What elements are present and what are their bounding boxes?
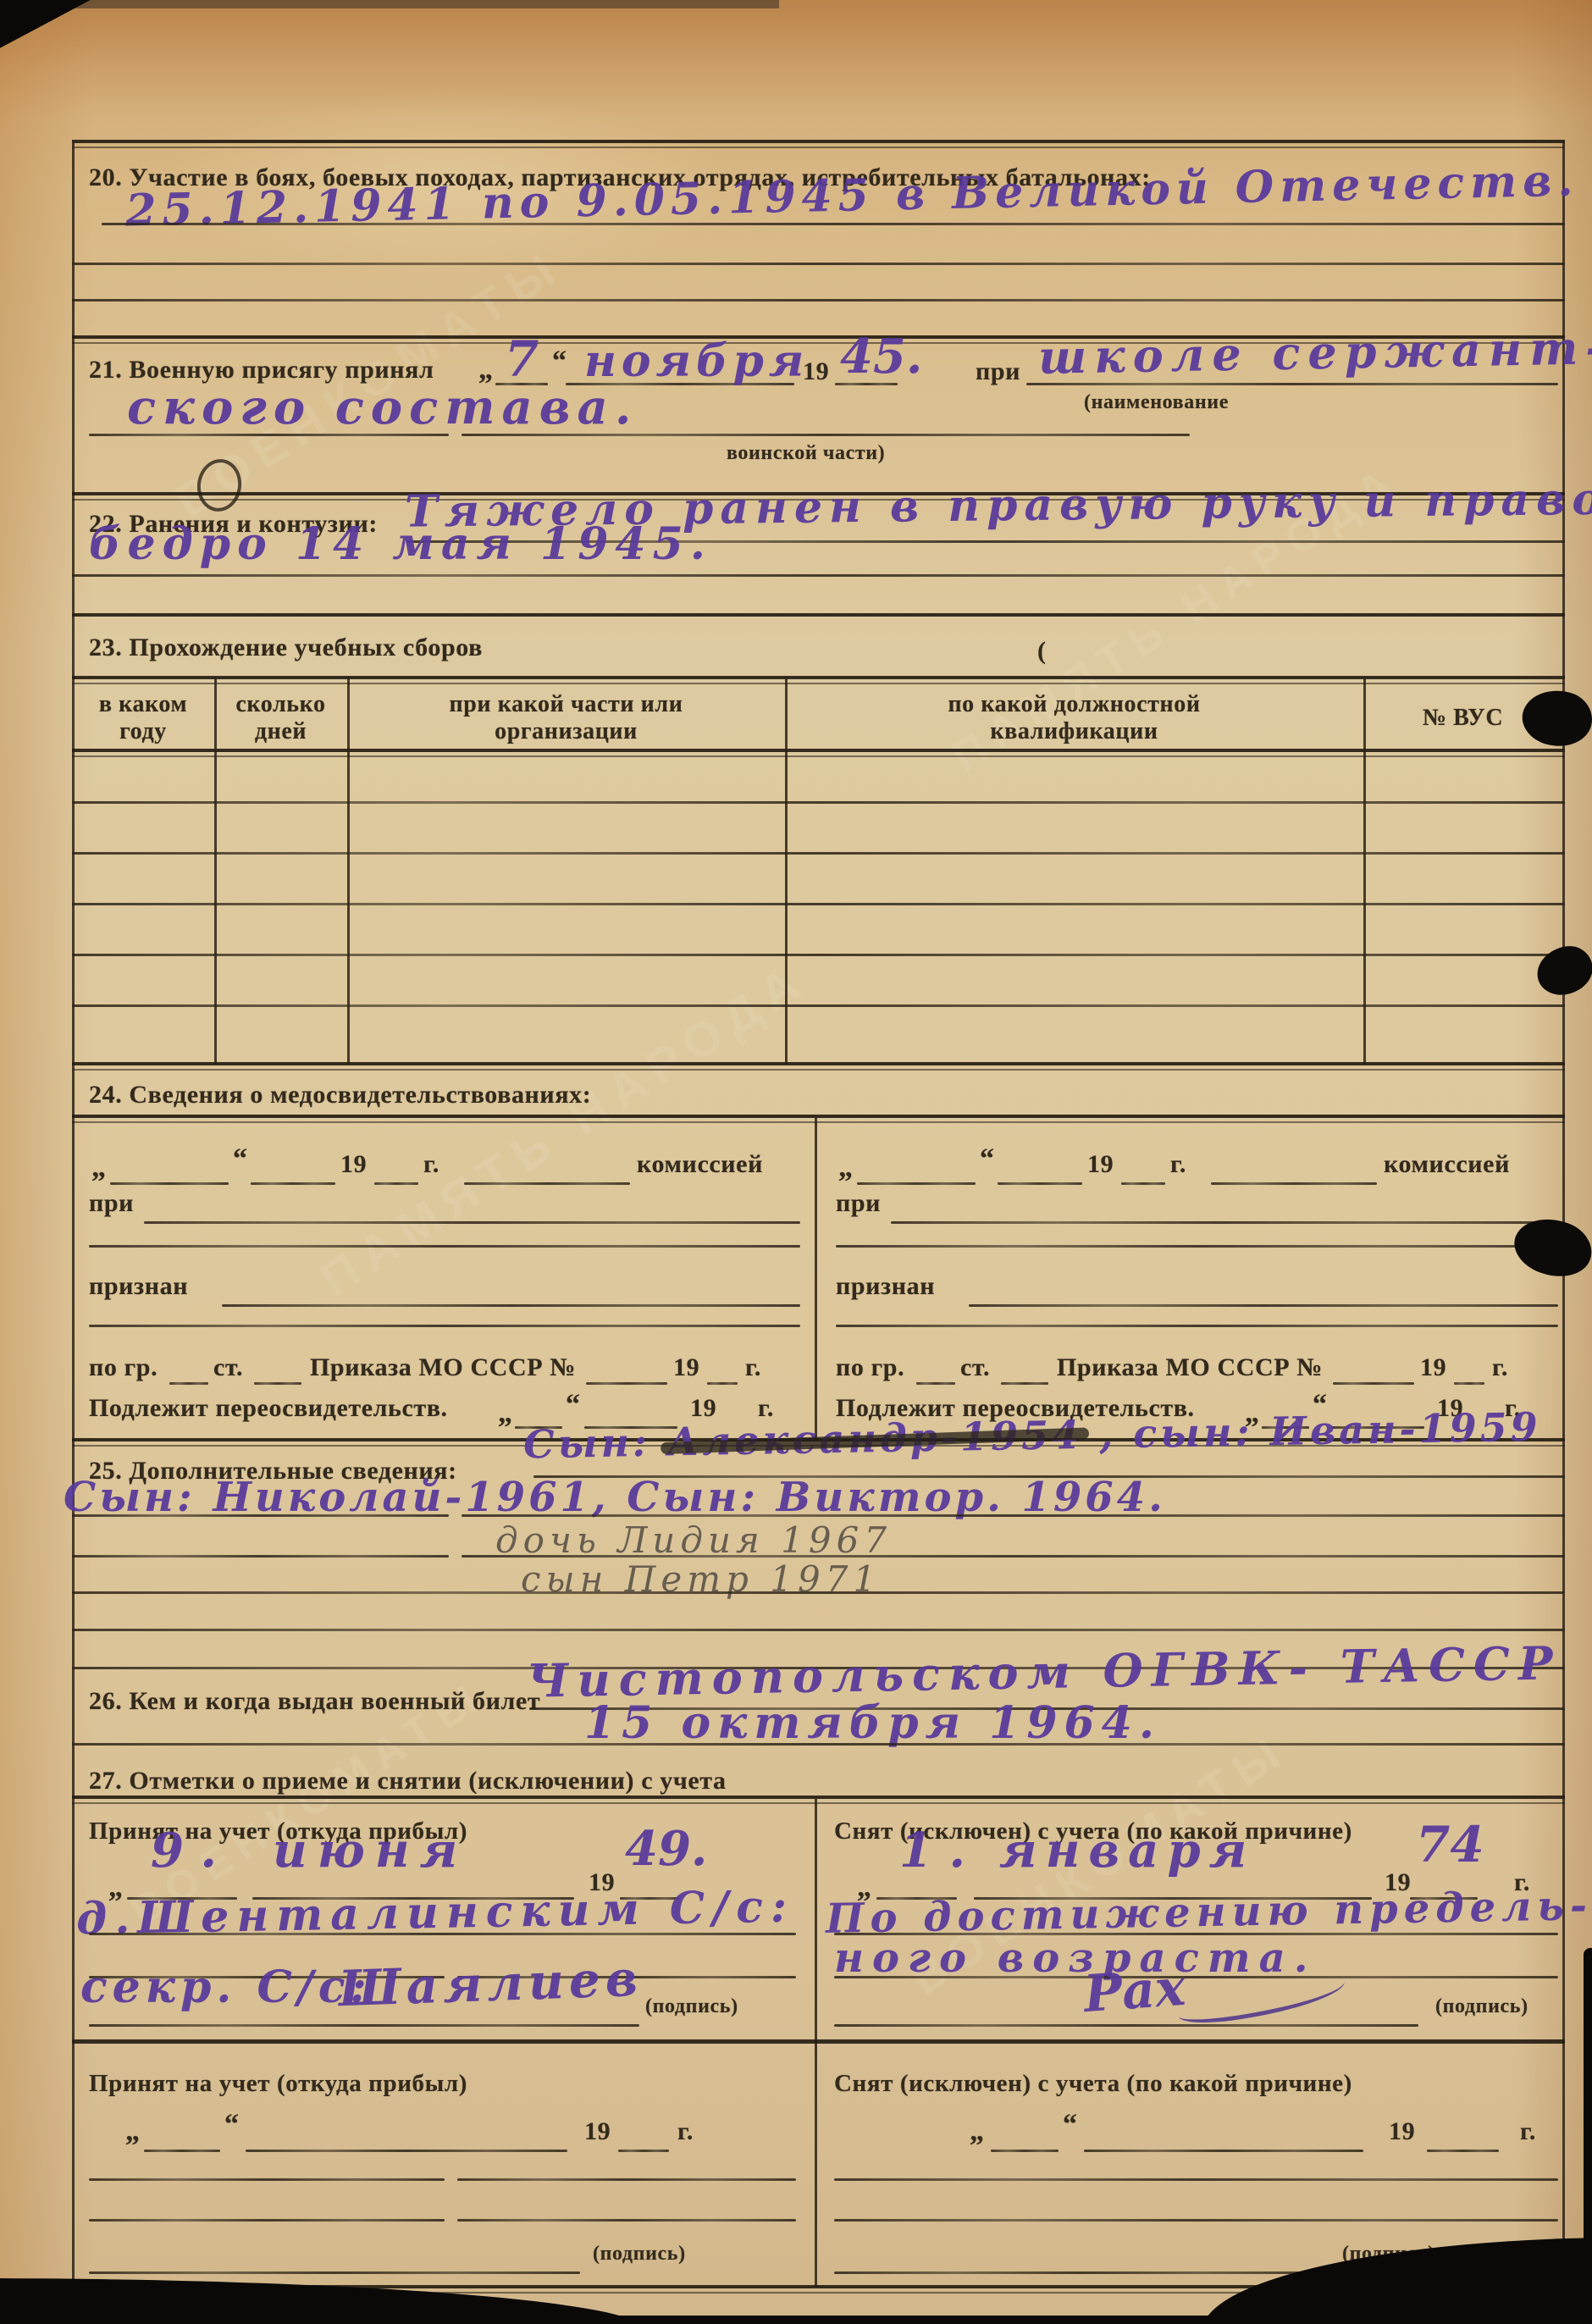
col-header-qualification: квалификации <box>785 718 1363 745</box>
military-card-scan: ВОЕНКОМАТЫ ПАМЯТЬ НАРОДА ПАМЯТЬ НАРОДА В… <box>0 0 1592 2324</box>
removed-day-handwriting: 1 . <box>899 1823 965 1879</box>
rule-line <box>144 2150 220 2152</box>
rule-line <box>72 1591 1565 1594</box>
printed-19: 19 <box>803 357 829 386</box>
rule-line <box>72 613 1565 617</box>
printed-resurvey: Подлежит переосвидетельств. <box>89 1394 448 1423</box>
rule-line <box>254 1382 301 1385</box>
printed-pri: при <box>836 1189 881 1218</box>
printed-19: 19 <box>1087 1150 1114 1179</box>
col-header-unit: при какой части или <box>347 691 785 718</box>
removed-reason-handwriting-2: ного возраста. <box>834 1934 1316 1982</box>
rule-line <box>991 2150 1059 2152</box>
quote-mark: „ <box>970 2116 985 2148</box>
hw-text: , сын: Иван-1959 <box>1082 1404 1541 1458</box>
rule-line <box>102 223 1565 225</box>
rule-line <box>72 1743 1565 1746</box>
printed-g: г. <box>423 1150 439 1179</box>
rule-line <box>462 1555 1565 1558</box>
rule-line <box>72 574 1565 577</box>
frame-left-line <box>72 142 75 2288</box>
rule-line <box>110 1182 229 1185</box>
printed-st: ст. <box>960 1353 990 1382</box>
table-row-line <box>72 903 1565 905</box>
table-col-divider <box>347 678 350 1064</box>
accepted-day-handwriting: 9 . <box>151 1823 217 1879</box>
rule-line <box>72 1514 449 1517</box>
hw-struck-text: Александр-1954 <box>667 1412 1083 1465</box>
quote-mark: “ <box>566 1389 581 1421</box>
rule-line <box>89 2178 445 2181</box>
table-top-line <box>72 676 1565 684</box>
printed-g: г. <box>1170 1150 1186 1179</box>
rule-line <box>969 1304 1558 1307</box>
rule-line <box>998 1182 1082 1185</box>
rule-line <box>89 1245 800 1248</box>
removed-month-handwriting: января <box>999 1823 1255 1879</box>
accepted-header: Принят на учет (откуда прибыл) <box>89 2070 467 2098</box>
rule-line <box>89 1325 800 1327</box>
quote-mark: „ <box>838 1152 854 1184</box>
section27-top-line <box>72 1796 1565 1804</box>
table-col-divider <box>785 678 788 1064</box>
printed-19: 19 <box>340 1150 367 1179</box>
hw-text: Сын: <box>523 1419 668 1468</box>
table-row-line <box>72 852 1565 855</box>
rule-line <box>891 1221 1547 1224</box>
caption-voinskoy-chasti: воинской части) <box>727 442 885 465</box>
rule-line <box>834 2178 1558 2181</box>
removed-header: Снят (исключен) с учета (по какой причин… <box>834 2070 1352 2098</box>
table-bottom-line <box>72 1062 1565 1071</box>
rule-line <box>144 1221 800 1224</box>
printed-19: 19 <box>584 2117 611 2146</box>
issued-by-handwriting-2: 15 октября 1964. <box>584 1697 1161 1749</box>
section27-mid-line <box>72 2039 1565 2044</box>
rule-line <box>834 2024 1418 2027</box>
removed-year-handwriting: 74 <box>1416 1816 1484 1873</box>
rule-line <box>1121 1182 1165 1185</box>
rule-line <box>457 2178 796 2181</box>
quote-mark: „ <box>498 1397 513 1430</box>
printed-order: Приказа МО СССР № <box>310 1353 576 1382</box>
table-col-divider <box>1363 678 1366 1064</box>
col-header-year: году <box>72 718 214 745</box>
printed-podpis: (подпись) <box>1435 1995 1528 2018</box>
rule-line <box>72 1629 1565 1631</box>
printed-recognized: признан <box>836 1272 935 1301</box>
printed-19: 19 <box>673 1353 699 1382</box>
printed-order: Приказа МО СССР № <box>1057 1353 1323 1382</box>
rule-line <box>72 1555 449 1558</box>
quote-mark: “ <box>1063 2109 1078 2141</box>
printed-19: 19 <box>1389 2117 1415 2146</box>
rule-line <box>618 2150 669 2152</box>
accepted-secretary-handwriting: секр. С/с: <box>80 1962 372 2013</box>
rule-line <box>89 434 449 436</box>
quote-mark: „ <box>91 1152 107 1184</box>
table-row-line <box>72 801 1565 804</box>
table-col-divider <box>214 678 217 1064</box>
rule-line <box>834 2219 1558 2222</box>
rule-line <box>586 1382 667 1385</box>
printed-commission: комиссией <box>637 1150 763 1179</box>
section26-label: 26. Кем и когда выдан военный билет <box>89 1687 540 1716</box>
rule-line <box>222 1304 800 1307</box>
printed-19: 19 <box>1420 1353 1446 1382</box>
rule-line <box>836 1245 1558 1248</box>
section24-label: 24. Сведения о медосвидетельствованиях: <box>89 1081 591 1109</box>
rule-line <box>374 1182 418 1185</box>
rule-line <box>836 1325 1558 1327</box>
printed-commission: комиссией <box>1384 1150 1510 1179</box>
rule-line <box>72 299 1565 302</box>
stray-paren: ( <box>1037 637 1047 666</box>
rule-line <box>89 2271 580 2274</box>
rule-line <box>72 263 1565 265</box>
printed-g: г. <box>745 1353 761 1382</box>
printed-podpis: (подпись) <box>645 1995 738 2018</box>
col-header-qualification: по какой должностной <box>785 691 1363 718</box>
col-header-unit: организации <box>347 718 785 745</box>
printed-po-gr: по гр. <box>89 1353 158 1382</box>
accepted-month-handwriting: июня <box>273 1823 467 1879</box>
rule-line <box>1211 1182 1377 1185</box>
accepted-year-handwriting: 49. <box>625 1821 707 1877</box>
quote-mark: “ <box>552 346 567 378</box>
rule-line <box>1084 2150 1363 2152</box>
rule-line <box>857 1182 976 1185</box>
rule-line <box>462 434 1190 436</box>
printed-po-gr: по гр. <box>836 1353 904 1382</box>
rule-line <box>169 1382 208 1385</box>
rule-line <box>916 1382 955 1385</box>
section27-label: 27. Отметки о приеме и снятии (исключени… <box>89 1767 727 1796</box>
frame-right-line <box>1562 142 1565 2288</box>
table-header-bottom-line <box>72 749 1565 757</box>
printed-recognized: признан <box>89 1272 188 1301</box>
printed-g: г. <box>677 2117 694 2146</box>
table-row-line <box>72 954 1565 956</box>
table-row-line <box>72 1004 1565 1007</box>
frame-top-line <box>72 140 1565 148</box>
scan-edge-bottom-strip <box>0 2316 1592 2324</box>
printed-podpis: (подпись) <box>593 2243 686 2266</box>
quote-mark: “ <box>980 1143 995 1176</box>
rule-line <box>464 1182 630 1185</box>
rule-line <box>89 2219 445 2222</box>
rule-line <box>457 2219 796 2222</box>
rule-line <box>1454 1382 1484 1385</box>
accepted-signature: Шаялиев <box>338 1950 644 2017</box>
col-header-days: сколько <box>214 691 347 718</box>
rule-line <box>462 1514 1565 1517</box>
rule-line <box>834 1976 1558 1978</box>
rule-line <box>1427 2150 1499 2152</box>
rule-line <box>1333 1382 1414 1385</box>
printed-pri: при <box>89 1189 134 1218</box>
oath-unit2-handwriting: ского состава. <box>127 379 638 435</box>
printed-g: г. <box>1492 1353 1508 1382</box>
printed-g: г. <box>1520 2117 1536 2146</box>
wounds-handwriting-2: бедро 14 мая 1945. <box>89 518 712 570</box>
col-header-days: дней <box>214 718 347 745</box>
quote-mark: “ <box>224 2109 240 2141</box>
section23-label: 23. Прохождение учебных сборов <box>89 634 483 662</box>
section24-divider <box>815 1118 817 1440</box>
section24-inner-top-line <box>72 1115 1565 1123</box>
oath-unit-handwriting: школе сержант- <box>1037 320 1592 385</box>
printed-pri: при <box>976 357 1020 386</box>
caption-naimenovanie: (наименование <box>1084 391 1229 414</box>
col-header-year: в каком <box>72 691 214 718</box>
rule-line <box>89 2024 639 2027</box>
oath-year-handwriting: 45. <box>840 329 922 385</box>
quote-mark: “ <box>233 1143 248 1176</box>
printed-st: ст. <box>213 1353 243 1382</box>
rule-line <box>251 1182 335 1185</box>
quote-mark: „ <box>125 2116 141 2148</box>
removed-signature: Рах <box>1082 1958 1187 2024</box>
rule-line <box>1001 1382 1048 1385</box>
rule-line <box>707 1382 738 1385</box>
rule-line <box>834 2271 1325 2274</box>
rule-line <box>89 1933 796 1935</box>
rule-line <box>246 2150 567 2152</box>
